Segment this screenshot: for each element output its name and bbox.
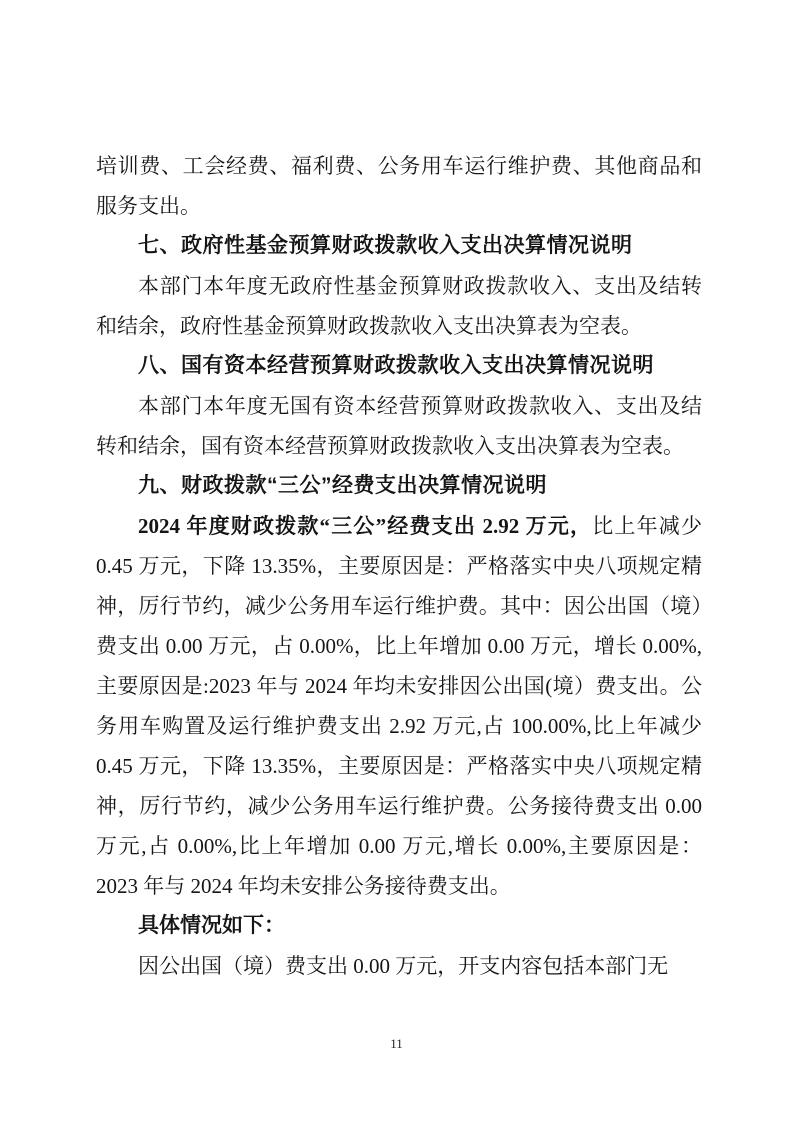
section-8-paragraph: 本部门本年度无国有资本经营预算财政拨款收入、支出及结转和结余，国有资本经营预算财… (96, 386, 702, 466)
three-public-expense-detail-text: 比上年减少 0.45 万元，下降 13.35%，主要原因是：严格落实中央八项规定… (96, 514, 702, 898)
section-heading-8-state-capital: 八、国有资本经营预算财政拨款收入支出决算情况说明 (96, 346, 702, 386)
continuation-paragraph: 培训费、工会经费、福利费、公务用车运行维护费、其他商品和服务支出。 (96, 146, 702, 226)
three-public-expense-total-lead: 2024 年度财政拨款“三公”经费支出 2.92 万元， (138, 514, 592, 538)
document-page: 培训费、工会经费、福利费、公务用车运行维护费、其他商品和服务支出。 七、政府性基… (0, 0, 793, 1122)
detail-subheading: 具体情况如下： (96, 906, 702, 946)
section-heading-7-government-funds: 七、政府性基金预算财政拨款收入支出决算情况说明 (96, 226, 702, 266)
page-number: 11 (0, 1036, 793, 1052)
document-body: 培训费、工会经费、福利费、公务用车运行维护费、其他商品和服务支出。 七、政府性基… (96, 146, 702, 986)
section-heading-9-three-public-expenses: 九、财政拨款“三公”经费支出决算情况说明 (96, 466, 702, 506)
detail-paragraph-abroad-expense: 因公出国（境）费支出 0.00 万元，开支内容包括本部门无 (96, 946, 702, 986)
section-7-paragraph: 本部门本年度无政府性基金预算财政拨款收入、支出及结转和结余，政府性基金预算财政拨… (96, 266, 702, 346)
section-9-paragraph: 2024 年度财政拨款“三公”经费支出 2.92 万元，比上年减少 0.45 万… (96, 506, 702, 906)
